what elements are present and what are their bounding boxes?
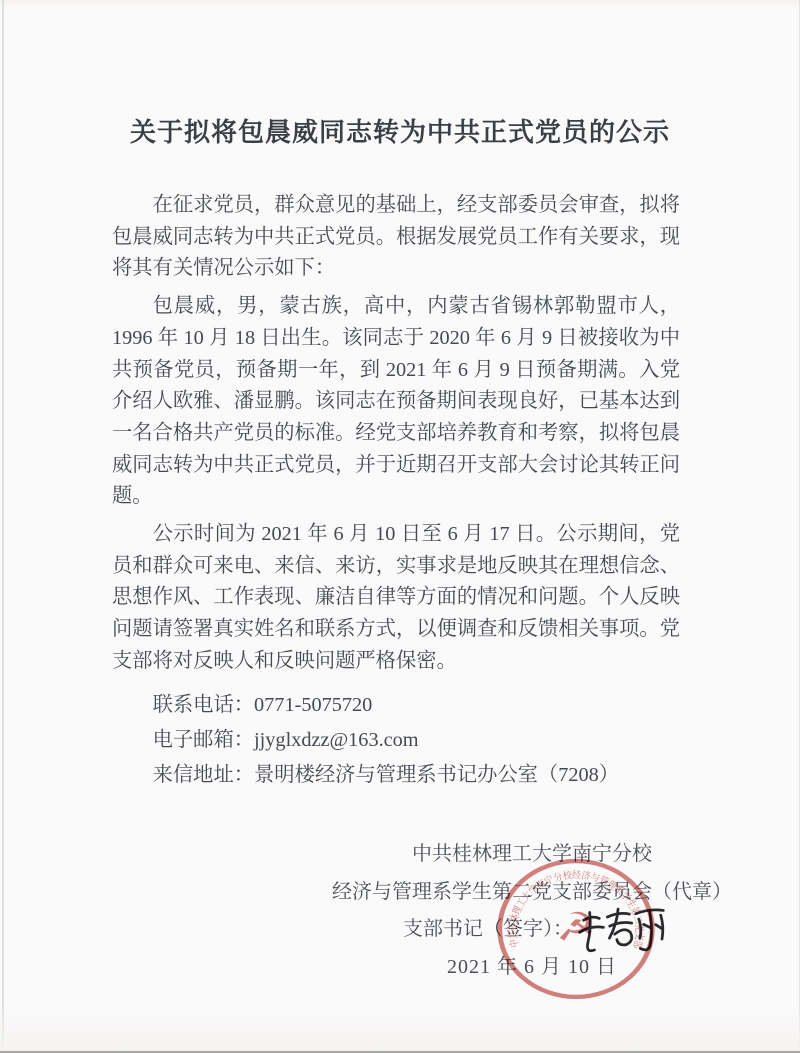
paragraph-intro: 在征求党员，群众意见的基础上，经支部委员会审查，拟将包晨威同志转为中共正式党员。… <box>112 190 680 285</box>
org-name-line2: 经济与管理系学生第二党支部委员会（代章） <box>322 874 742 912</box>
contact-phone-label: 联系电话： <box>153 694 254 716</box>
contact-email-label: 电子邮箱： <box>153 729 254 751</box>
contact-email-line: 电子邮箱：jjyglxdzz@163.com <box>112 723 680 758</box>
signature-block: 中共桂林理工大学南宁分校 经济与管理系学生第二党支部委员会（代章） 支部书记（签… <box>322 836 742 986</box>
contact-phone-line: 联系电话：0771-5075720 <box>112 688 680 723</box>
paragraph-details: 包晨威，男，蒙古族，高中，内蒙古省锡林郭勒盟市人，1996 年 10 月 18 … <box>112 291 680 513</box>
paragraph-publicity: 公示时间为 2021 年 6 月 10 日至 6 月 17 日。公示期间，党员和… <box>112 519 680 678</box>
contact-address-line: 来信地址：景明楼经济与管理系书记办公室（7208） <box>112 758 680 793</box>
scan-smudge-top <box>0 0 800 8</box>
scan-edge-left <box>2 0 4 1053</box>
contact-section: 联系电话：0771-5075720 电子邮箱：jjyglxdzz@163.com… <box>112 688 680 794</box>
org-name-line1: 中共桂林理工大学南宁分校 <box>322 836 742 874</box>
signer-line: 支部书记（签字）： 宋春雨 <box>322 911 742 949</box>
document-page: 关于拟将包晨威同志转为中共正式党员的公示 在征求党员，群众意见的基础上，经支部委… <box>0 0 800 1053</box>
contact-phone-value: 0771-5075720 <box>254 694 372 716</box>
scan-texture-bottom <box>0 1005 800 1051</box>
signer-label: 支部书记（签字）： <box>403 918 573 940</box>
document-body: 在征求党员，群众意见的基础上，经支部委员会审查，拟将包晨威同志转为中共正式党员。… <box>112 190 680 793</box>
contact-address-value: 景明楼经济与管理系书记办公室（7208） <box>254 764 619 786</box>
contact-email-value: jjyglxdzz@163.com <box>254 729 419 751</box>
date-line: 2021 年 6 月 10 日 <box>322 949 742 987</box>
contact-address-label: 来信地址： <box>153 764 254 786</box>
handwritten-signature: 宋春雨 <box>574 903 669 962</box>
page-title: 关于拟将包晨威同志转为中共正式党员的公示 <box>0 112 800 149</box>
